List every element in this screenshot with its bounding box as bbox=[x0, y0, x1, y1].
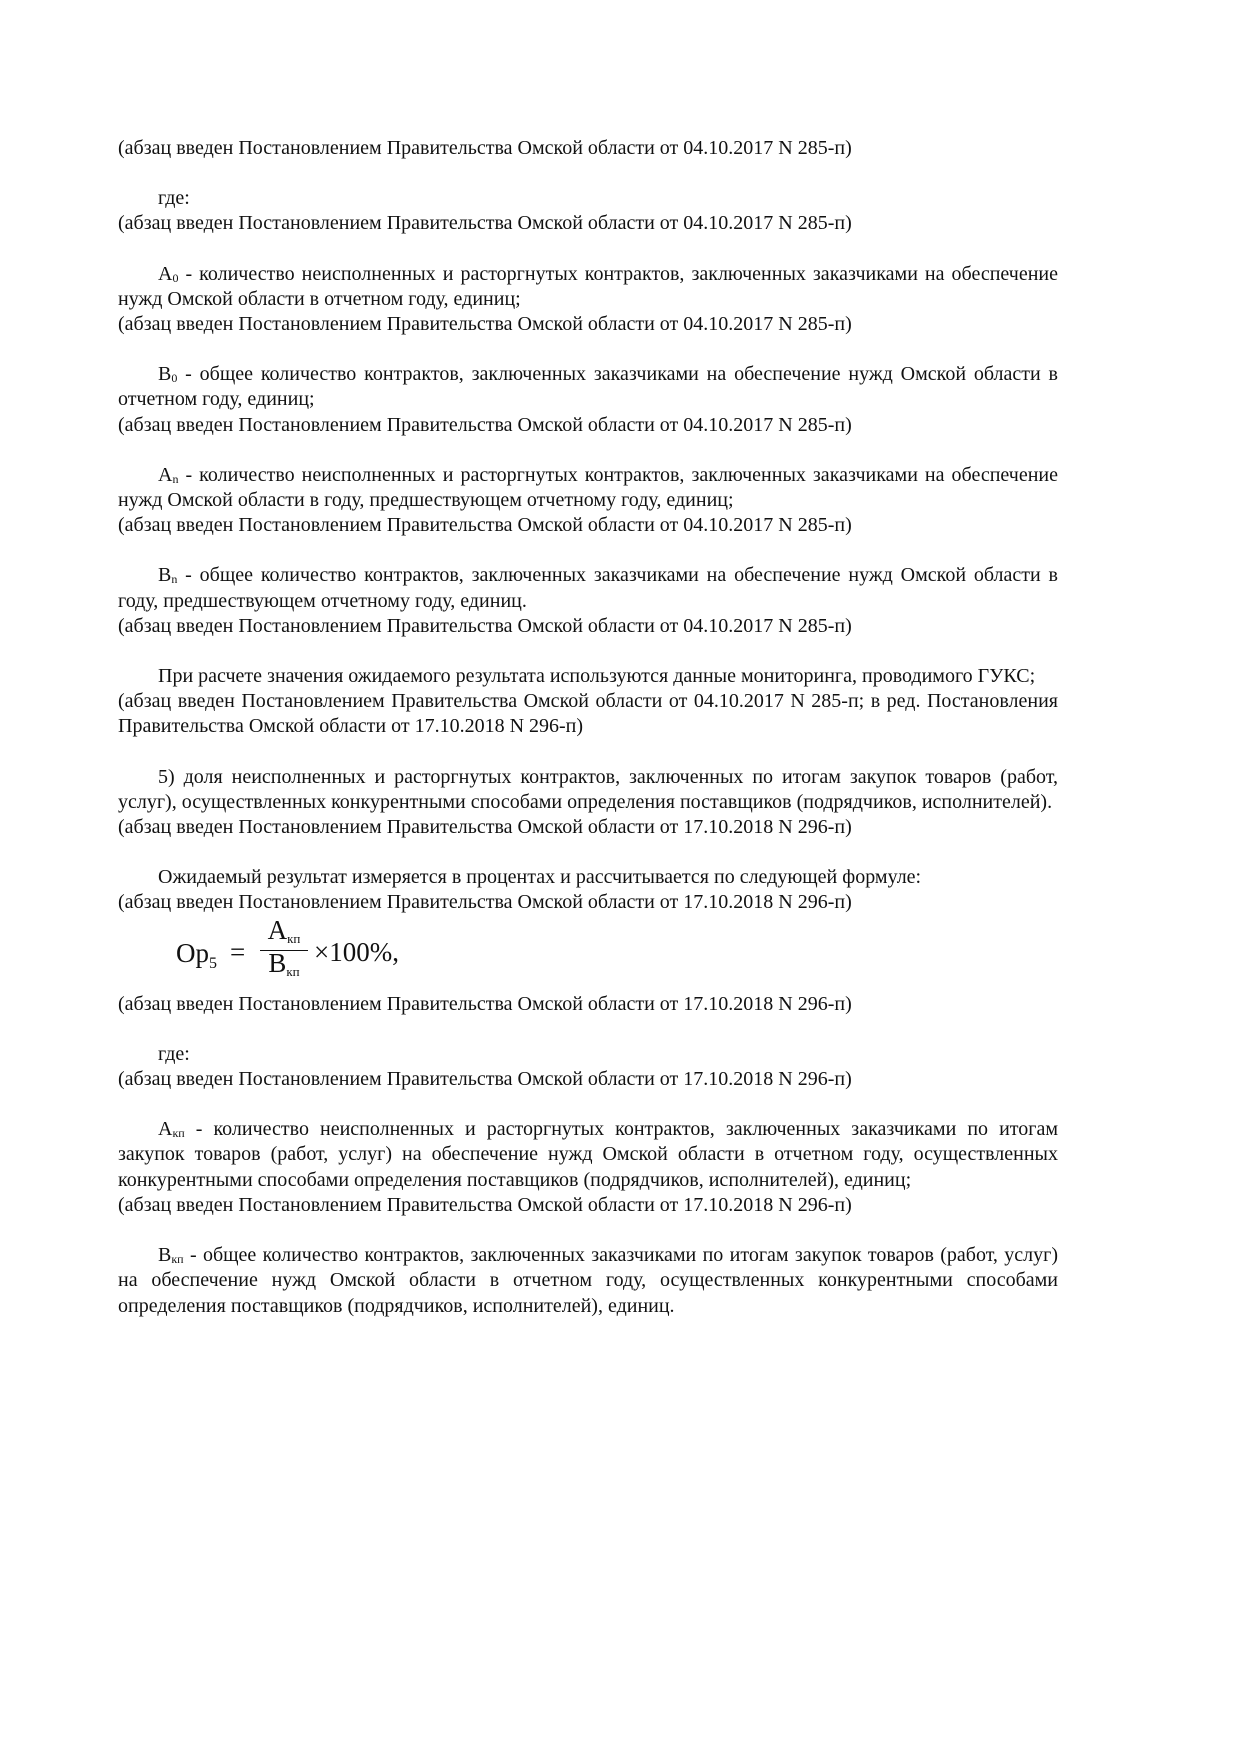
paragraph-spacer bbox=[118, 639, 1058, 664]
variable-subscript: кп bbox=[172, 1126, 184, 1140]
definition-text: - общее количество контрактов, заключенн… bbox=[118, 564, 1058, 611]
paragraph-spacer bbox=[118, 237, 1058, 262]
paragraph-spacer bbox=[118, 1017, 1058, 1042]
paragraph-spacer bbox=[118, 840, 1058, 865]
amendment-note: (абзац введен Постановлением Правительст… bbox=[118, 689, 1058, 739]
amendment-note: (абзац введен Постановлением Правительст… bbox=[118, 211, 1058, 236]
formula-fraction: AкпBкп bbox=[258, 918, 310, 984]
definition-text: - количество неисполненных и расторгнуты… bbox=[118, 464, 1058, 511]
paragraph: Ожидаемый результат измеряется в процент… bbox=[118, 865, 1058, 890]
variable-definition: Aкп - количество неисполненных и расторг… bbox=[118, 1117, 1058, 1193]
definition-text: - общее количество контрактов, заключенн… bbox=[118, 363, 1058, 410]
amendment-note: (абзац введен Постановлением Правительст… bbox=[118, 890, 1058, 915]
paragraph: где: bbox=[118, 1042, 1058, 1067]
amendment-note: (абзац введен Постановлением Правительст… bbox=[118, 312, 1058, 337]
amendment-note: (абзац введен Постановлением Правительст… bbox=[118, 513, 1058, 538]
paragraph-spacer bbox=[118, 337, 1058, 362]
variable-definition: Bn - общее количество контрактов, заключ… bbox=[118, 563, 1058, 613]
paragraph-spacer bbox=[118, 538, 1058, 563]
amendment-note: (абзац введен Постановлением Правительст… bbox=[118, 1193, 1058, 1218]
formula: Op5=AкпBкп×100%, bbox=[118, 924, 1058, 990]
variable-symbol: A bbox=[158, 263, 172, 285]
formula-lhs: Op5 bbox=[176, 941, 217, 966]
paragraph-spacer bbox=[118, 1092, 1058, 1117]
variable-definition: An - количество неисполненных и расторгн… bbox=[118, 463, 1058, 513]
paragraph: где: bbox=[118, 186, 1058, 211]
variable-symbol: A bbox=[158, 464, 172, 486]
amendment-note: (абзац введен Постановлением Правительст… bbox=[118, 1067, 1058, 1092]
definition-text: - количество неисполненных и расторгнуты… bbox=[118, 1118, 1058, 1190]
fraction-denominator: Bкп bbox=[258, 951, 310, 983]
definition-text: - количество неисполненных и расторгнуты… bbox=[118, 263, 1058, 310]
document-page: (абзац введен Постановлением Правительст… bbox=[118, 136, 1058, 1319]
variable-symbol: B bbox=[158, 363, 171, 385]
formula-multiplier: ×100%, bbox=[314, 940, 399, 965]
paragraph-spacer bbox=[118, 740, 1058, 765]
amendment-note: (абзац введен Постановлением Правительст… bbox=[118, 614, 1058, 639]
amendment-note: (абзац введен Постановлением Правительст… bbox=[118, 992, 1058, 1017]
variable-subscript: кп bbox=[171, 1252, 183, 1266]
variable-symbol: A bbox=[158, 1118, 172, 1140]
variable-definition: B0 - общее количество контрактов, заключ… bbox=[118, 362, 1058, 412]
paragraph: При расчете значения ожидаемого результа… bbox=[118, 664, 1058, 689]
fraction-numerator: Aкп bbox=[258, 918, 310, 950]
paragraph-spacer bbox=[118, 1218, 1058, 1243]
variable-definition: Bкп - общее количество контрактов, заклю… bbox=[118, 1243, 1058, 1319]
amendment-note: (абзац введен Постановлением Правительст… bbox=[118, 136, 1058, 161]
paragraph-spacer bbox=[118, 438, 1058, 463]
amendment-note: (абзац введен Постановлением Правительст… bbox=[118, 413, 1058, 438]
variable-symbol: B bbox=[158, 564, 171, 586]
definition-text: - общее количество контрактов, заключенн… bbox=[118, 1244, 1058, 1316]
variable-symbol: B bbox=[158, 1244, 171, 1266]
paragraph-spacer bbox=[118, 161, 1058, 186]
amendment-note: (абзац введен Постановлением Правительст… bbox=[118, 815, 1058, 840]
variable-definition: A0 - количество неисполненных и расторгн… bbox=[118, 262, 1058, 312]
formula-equals: = bbox=[230, 940, 245, 965]
paragraph: 5) доля неисполненных и расторгнутых кон… bbox=[118, 765, 1058, 815]
